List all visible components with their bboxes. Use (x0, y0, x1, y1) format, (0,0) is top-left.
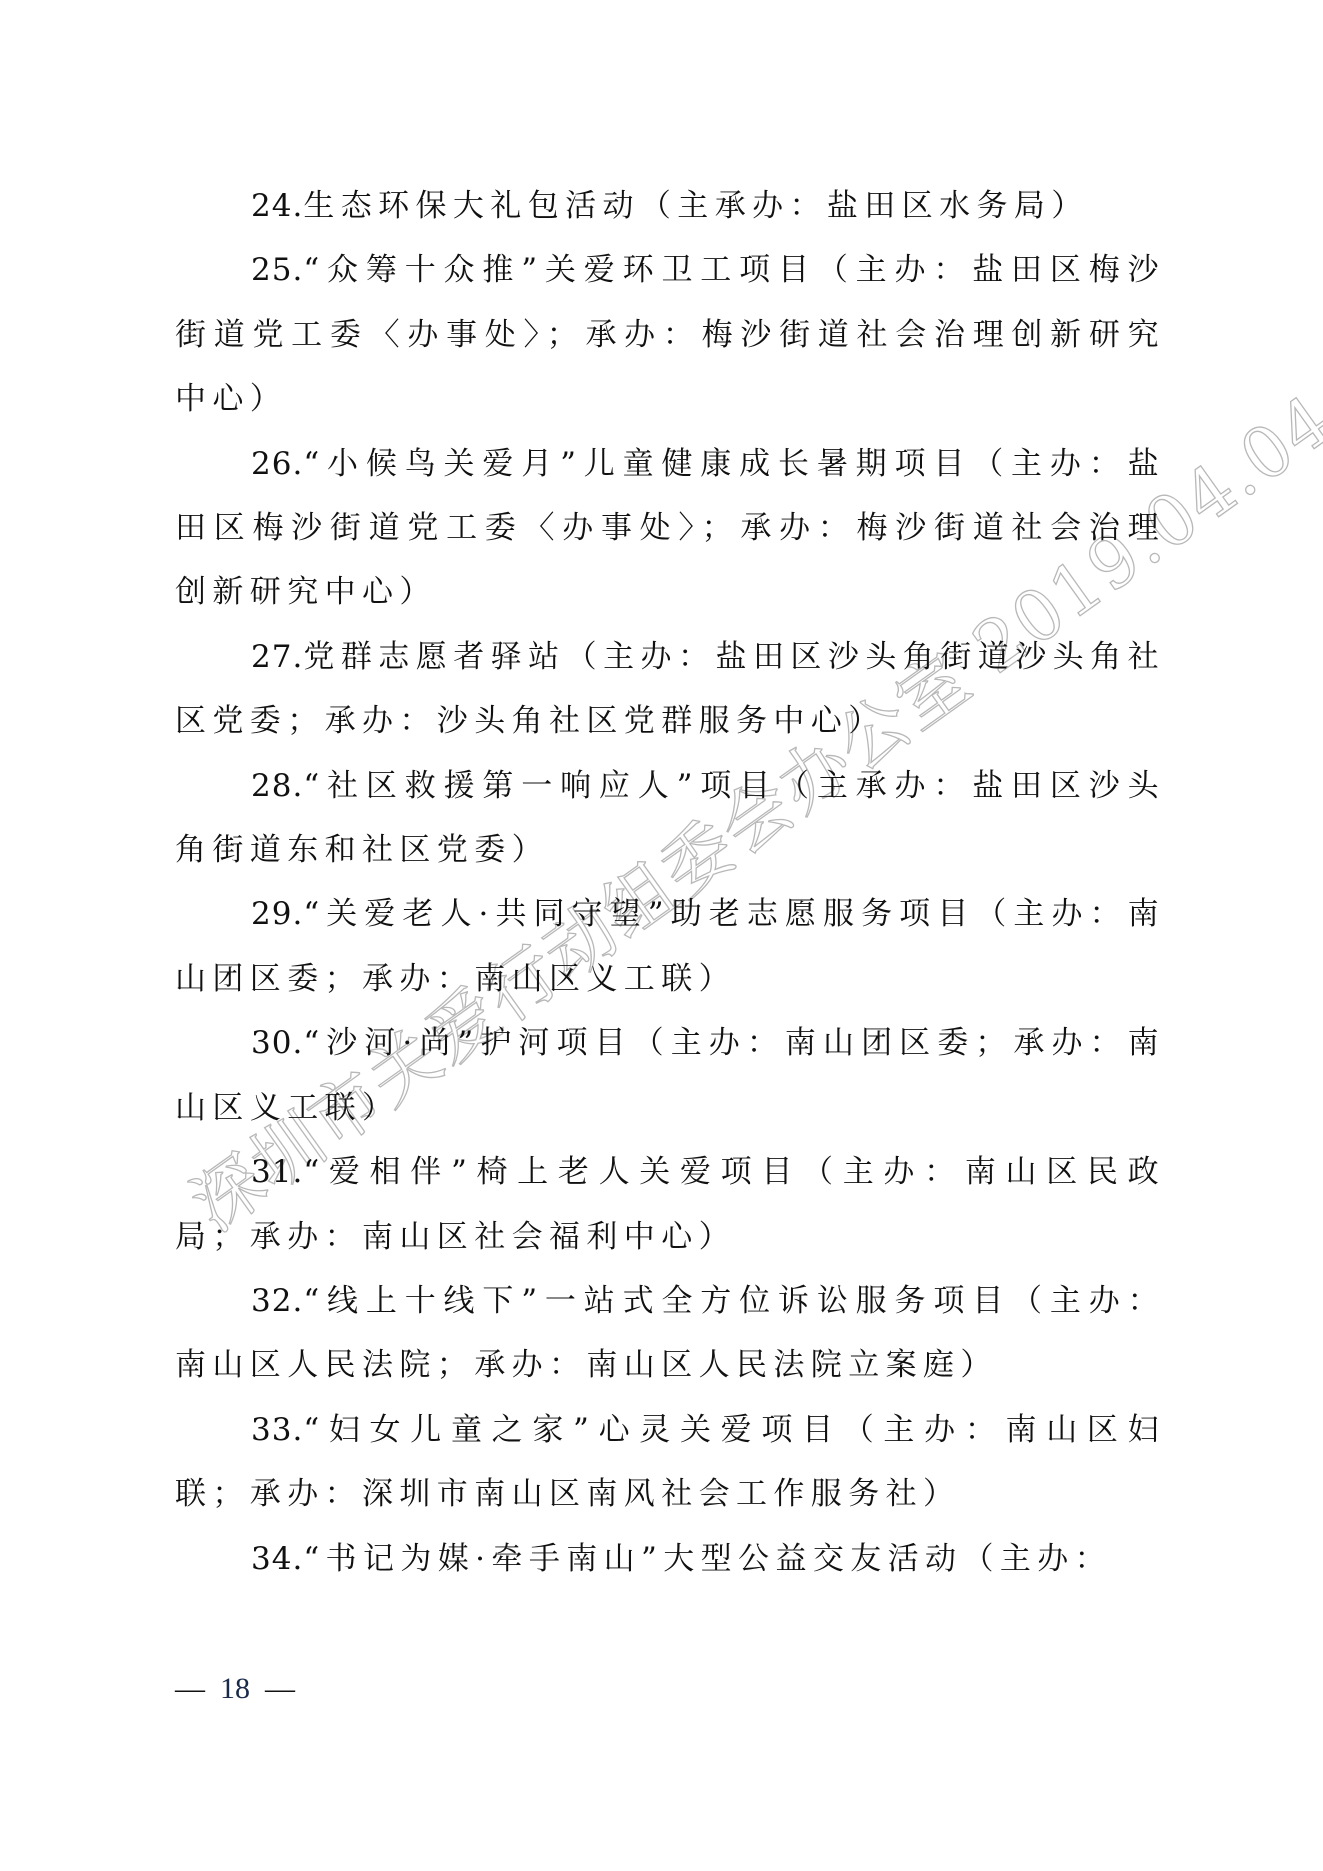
list-item-24: 24.生态环保大礼包活动（主承办：盐田区水务局） (175, 174, 1165, 238)
item-number: 31. (251, 1154, 303, 1190)
item-text: “社区救援第一响应人”项目（主承办：盐田区沙头角街道东和社区党委） (175, 768, 1165, 868)
list-item-27: 27.党群志愿者驿站（主办：盐田区沙头角街道沙头角社区党委；承办：沙头角社区党群… (175, 625, 1165, 754)
item-text: 党群志愿者驿站（主办：盐田区沙头角街道沙头角社区党委；承办：沙头角社区党群服务中… (175, 639, 1165, 739)
item-text: “妇女儿童之家”心灵关爱项目（主办：南山区妇联；承办：深圳市南山区南风社会工作服… (175, 1412, 1165, 1512)
page-number-value: 18 (220, 1672, 250, 1705)
item-number: 26. (251, 446, 303, 482)
item-number: 25. (251, 252, 303, 288)
item-text: “线上十线下”一站式全方位诉讼服务项目（主办：南山区人民法院；承办：南山区人民法… (175, 1283, 1165, 1383)
item-number: 28. (251, 768, 303, 804)
item-text: “沙河·尚”护河项目（主办：南山团区委；承办：南山区义工联） (175, 1025, 1165, 1125)
page-number-dash-right: — (265, 1672, 295, 1705)
list-item-33: 33.“妇女儿童之家”心灵关爱项目（主办：南山区妇联；承办：深圳市南山区南风社会… (175, 1398, 1165, 1527)
list-item-26: 26.“小候鸟关爱月”儿童健康成长暑期项目（主办：盐田区梅沙街道党工委〈办事处〉… (175, 432, 1165, 625)
item-text: 生态环保大礼包活动（主承办：盐田区水务局） (303, 188, 1088, 224)
page-number: — 18 — (175, 1672, 295, 1706)
item-text: “书记为媒·牵手南山”大型公益交友活动（主办： (303, 1541, 1112, 1577)
item-number: 27. (251, 639, 303, 675)
document-page: 深圳市关爱行动组委会办公室 2019.04.04 24.生态环保大礼包活动（主承… (0, 0, 1323, 1871)
item-number: 30. (251, 1025, 303, 1061)
list-item-28: 28.“社区救援第一响应人”项目（主承办：盐田区沙头角街道东和社区党委） (175, 754, 1165, 883)
item-text: “小候鸟关爱月”儿童健康成长暑期项目（主办：盐田区梅沙街道党工委〈办事处〉；承办… (175, 446, 1165, 611)
list-item-30: 30.“沙河·尚”护河项目（主办：南山团区委；承办：南山区义工联） (175, 1011, 1165, 1140)
list-item-34: 34.“书记为媒·牵手南山”大型公益交友活动（主办： (175, 1527, 1165, 1591)
page-number-dash-left: — (175, 1672, 205, 1705)
item-text: “关爱老人·共同守望”助老志愿服务项目（主办：南山团区委；承办：南山区义工联） (175, 896, 1165, 996)
item-text: “爱相伴”椅上老人关爱项目（主办：南山区民政局；承办：南山区社会福利中心） (175, 1154, 1165, 1254)
item-number: 32. (251, 1283, 303, 1319)
item-number: 24. (251, 188, 303, 224)
list-item-31: 31.“爱相伴”椅上老人关爱项目（主办：南山区民政局；承办：南山区社会福利中心） (175, 1140, 1165, 1269)
item-number: 34. (251, 1541, 303, 1577)
item-text: “众筹十众推”关爱环卫工项目（主办：盐田区梅沙街道党工委〈办事处〉；承办：梅沙街… (175, 252, 1165, 417)
document-body: 24.生态环保大礼包活动（主承办：盐田区水务局） 25.“众筹十众推”关爱环卫工… (175, 174, 1165, 1591)
list-item-29: 29.“关爱老人·共同守望”助老志愿服务项目（主办：南山团区委；承办：南山区义工… (175, 882, 1165, 1011)
item-number: 33. (251, 1412, 303, 1448)
list-item-32: 32.“线上十线下”一站式全方位诉讼服务项目（主办：南山区人民法院；承办：南山区… (175, 1269, 1165, 1398)
list-item-25: 25.“众筹十众推”关爱环卫工项目（主办：盐田区梅沙街道党工委〈办事处〉；承办：… (175, 238, 1165, 431)
item-number: 29. (251, 896, 303, 932)
